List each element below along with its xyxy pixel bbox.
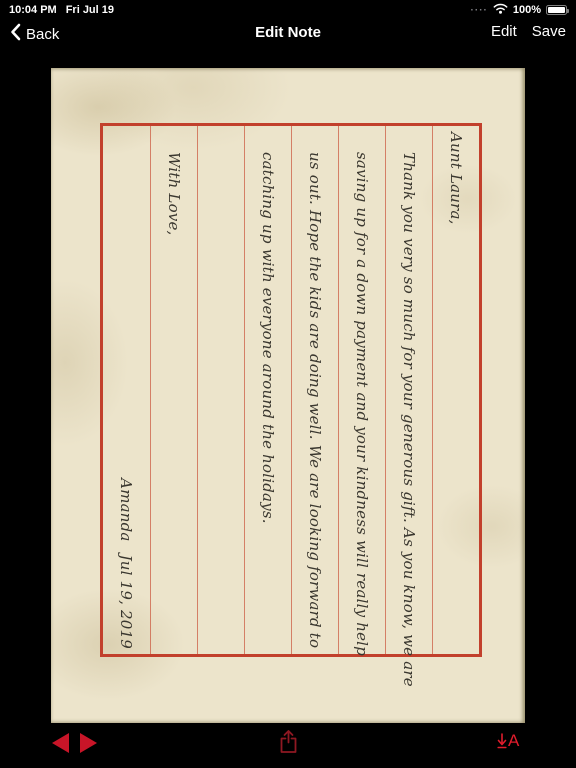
letter-line: us out. Hope the kids are doing well. We… xyxy=(291,126,338,654)
save-button[interactable]: Save xyxy=(532,23,566,40)
share-button[interactable] xyxy=(279,729,298,759)
share-icon xyxy=(279,729,298,754)
wifi-icon xyxy=(493,3,508,17)
signature-date: Jul 19, 2019 xyxy=(118,555,136,649)
cellular-signal-icon: ···· xyxy=(471,5,488,16)
battery-icon xyxy=(546,5,567,15)
signature-name: Amanda xyxy=(118,478,136,541)
letter-line: With Love, xyxy=(150,126,197,654)
status-bar: 10:04 PM Fri Jul 19 ···· 100% xyxy=(0,0,576,20)
letter-frame: Aunt Laura, Thank you very so much for y… xyxy=(100,123,482,657)
previous-page-button[interactable] xyxy=(52,733,69,753)
letter-line: catching up with everyone around the hol… xyxy=(244,126,291,654)
down-arrow-to-bar-icon xyxy=(497,731,507,751)
edit-note-screen: 10:04 PM Fri Jul 19 ···· 100% xyxy=(0,0,576,768)
edit-button[interactable]: Edit xyxy=(491,23,517,40)
date-label: Fri Jul 19 xyxy=(66,4,114,16)
battery-percent-label: 100% xyxy=(513,4,541,16)
letter-line: saving up for a down payment and your ki… xyxy=(338,126,385,654)
text-orientation-button[interactable]: A xyxy=(497,731,519,751)
signature-line: Amanda Jul 19, 2019 xyxy=(103,126,150,654)
letter-line: Thank you very so much for your generous… xyxy=(385,126,432,654)
letter-line: Aunt Laura, xyxy=(432,126,479,654)
note-paper[interactable]: Aunt Laura, Thank you very so much for y… xyxy=(51,68,525,723)
clock-label: 10:04 PM xyxy=(9,4,57,16)
next-page-button[interactable] xyxy=(80,733,97,753)
letter-a-glyph: A xyxy=(508,731,519,751)
page-title: Edit Note xyxy=(0,24,576,41)
navigation-bar: Back Edit Note Edit Save xyxy=(0,20,576,48)
letter-line xyxy=(197,126,244,654)
